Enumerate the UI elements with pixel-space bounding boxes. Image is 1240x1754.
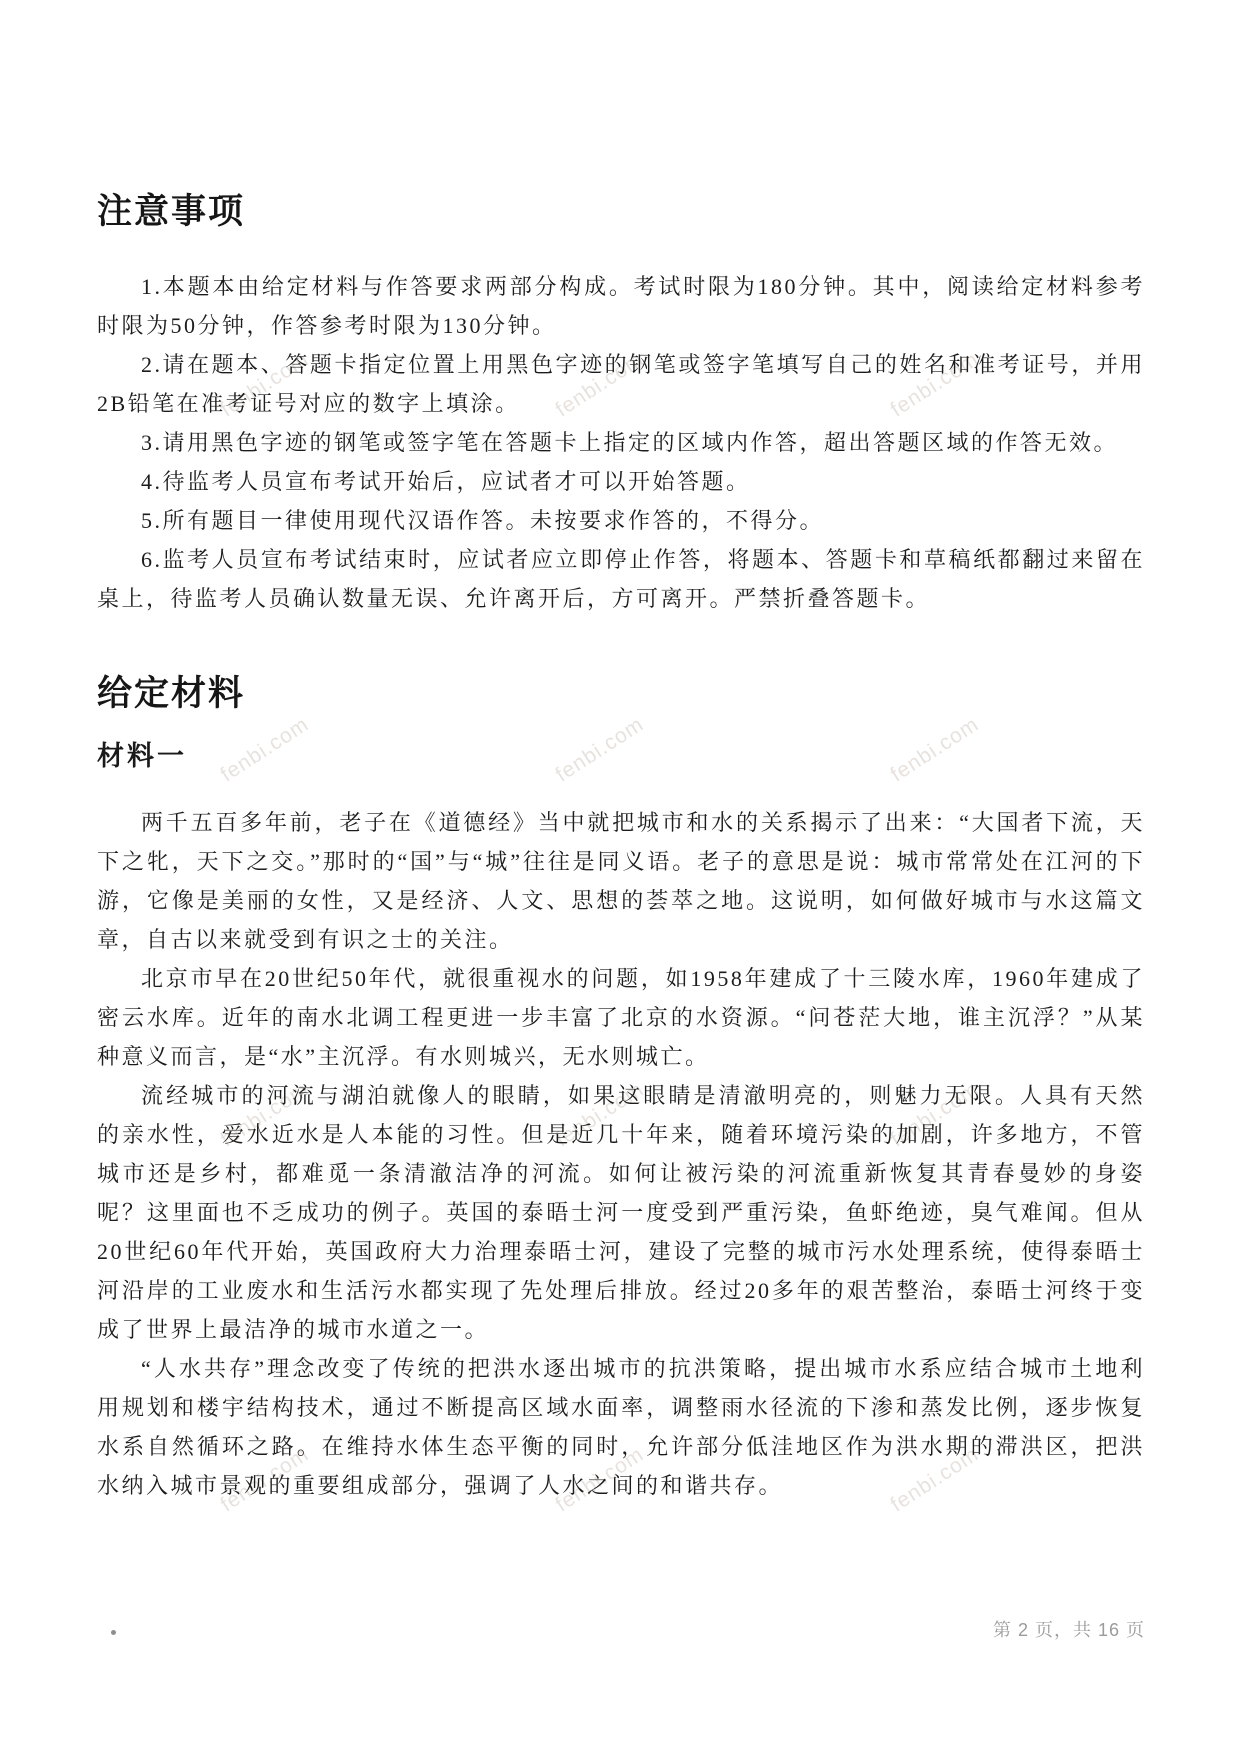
notes-list: 1.本题本由给定材料与作答要求两部分构成。考试时限为180分钟。其中，阅读给定材… [97, 267, 1145, 618]
note-item-5: 5.所有题目一律使用现代汉语作答。未按要求作答的，不得分。 [97, 501, 1145, 540]
material-paragraph-2: 北京市早在20世纪50年代，就很重视水的问题，如1958年建成了十三陵水库，19… [97, 959, 1145, 1076]
material-paragraph-1: 两千五百多年前，老子在《道德经》当中就把城市和水的关系揭示了出来：“大国者下流，… [97, 803, 1145, 959]
exam-paper-page: fenbi.comfenbi.comfenbi.comfenbi.comfenb… [0, 0, 1240, 1754]
note-item-2: 2.请在题本、答题卡指定位置上用黑色字迹的钢笔或签字笔填写自己的姓名和准考证号，… [97, 345, 1145, 423]
page-number: 第 2 页，共 16 页 [993, 1616, 1145, 1642]
note-item-1: 1.本题本由给定材料与作答要求两部分构成。考试时限为180分钟。其中，阅读给定材… [97, 267, 1145, 345]
note-item-6: 6.监考人员宣布考试结束时，应试者应立即停止作答，将题本、答题卡和草稿纸都翻过来… [97, 540, 1145, 618]
notes-heading: 注意事项 [97, 194, 1145, 229]
material-paragraph-3: 流经城市的河流与湖泊就像人的眼睛，如果这眼睛是清澈明亮的，则魅力无限。人具有天然… [97, 1076, 1145, 1349]
materials-heading: 给定材料 [97, 676, 1145, 711]
note-item-4: 4.待监考人员宣布考试开始后，应试者才可以开始答题。 [97, 462, 1145, 501]
note-item-3: 3.请用黑色字迹的钢笔或签字笔在答题卡上指定的区域内作答，超出答题区域的作答无效… [97, 423, 1145, 462]
material-one-body: 两千五百多年前，老子在《道德经》当中就把城市和水的关系揭示了出来：“大国者下流，… [97, 803, 1145, 1505]
page-content: 注意事项 1.本题本由给定材料与作答要求两部分构成。考试时限为180分钟。其中，… [97, 0, 1145, 1505]
material-one-heading: 材料一 [97, 741, 1145, 771]
material-paragraph-4: “人水共存”理念改变了传统的把洪水逐出城市的抗洪策略，提出城市水系应结合城市土地… [97, 1349, 1145, 1505]
footer-dot [111, 1630, 116, 1635]
